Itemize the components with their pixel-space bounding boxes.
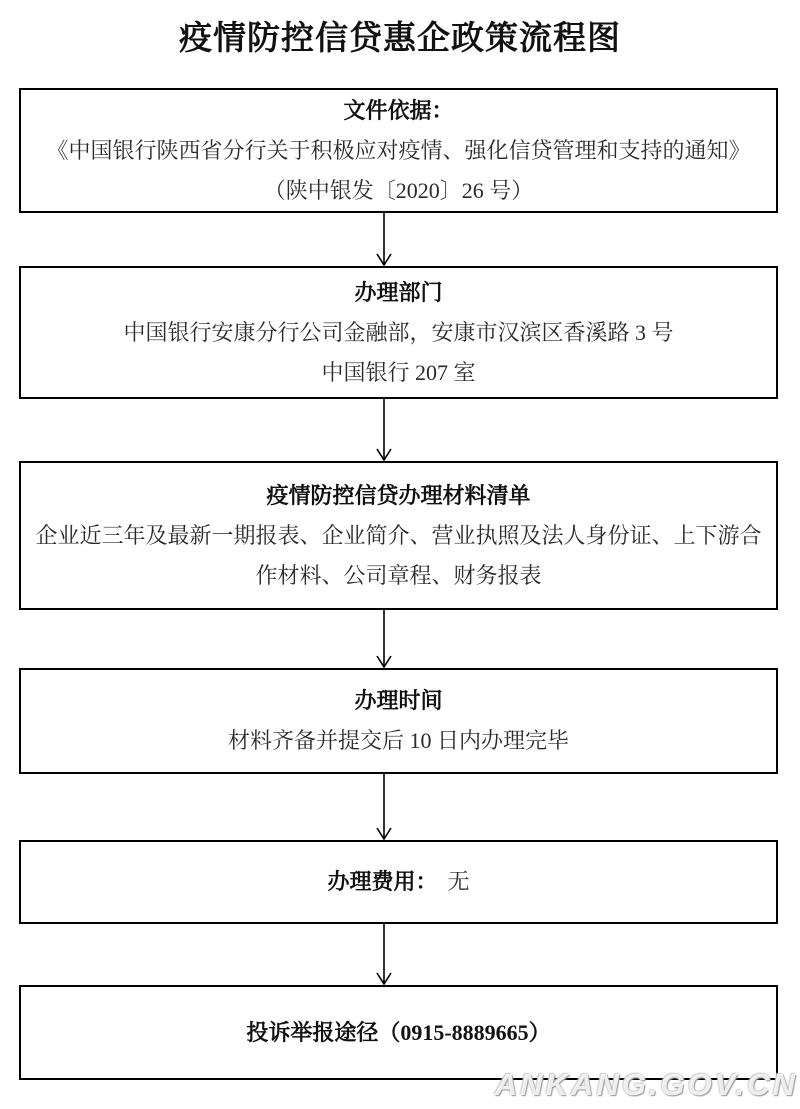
flowchart: 文件依据： 《中国银行陕西省分行关于积极应对疫情、强化信贷管理和支持的通知》（陕… <box>0 88 800 1080</box>
box-body-line: 中国银行 207 室 <box>321 353 475 393</box>
flow-arrow <box>0 610 800 668</box>
flow-box-department: 办理部门 中国银行安康分行公司金融部，安康市汉滨区香溪路 3 号 中国银行 20… <box>19 266 778 399</box>
flow-arrow <box>0 399 800 461</box>
box-body-line: 中国银行安康分行公司金融部，安康市汉滨区香溪路 3 号 <box>123 313 673 353</box>
flow-arrow <box>0 213 800 266</box>
flow-arrow <box>0 924 800 985</box>
box-body-line: 材料齐备并提交后 10 日内办理完毕 <box>228 721 569 761</box>
box-header: 办理时间 <box>354 681 442 721</box>
flow-box-processing-time: 办理时间 材料齐备并提交后 10 日内办理完毕 <box>19 668 778 774</box>
box-body-line: 《中国银行陕西省分行关于积极应对疫情、强化信贷管理和支持的通知》（陕中银发〔20… <box>31 131 766 211</box>
down-arrow-icon <box>372 924 396 985</box>
box-header: 投诉举报途径（0915-8889665） <box>246 1013 550 1053</box>
box-header: 办理费用： <box>327 862 437 902</box>
down-arrow-icon <box>372 774 396 840</box>
page-title: 疫情防控信贷惠企政策流程图 <box>0 0 800 88</box>
down-arrow-icon <box>372 399 396 461</box>
box-header: 文件依据： <box>343 91 453 131</box>
flow-box-complaint-channel: 投诉举报途径（0915-8889665） <box>19 985 778 1080</box>
box-fee-value: 无 <box>448 862 470 902</box>
flow-box-fee: 办理费用： 无 <box>19 840 778 924</box>
flow-arrow <box>0 774 800 840</box>
box-header: 疫情防控信贷办理材料清单 <box>266 476 530 516</box>
flowchart-page: 疫情防控信贷惠企政策流程图 文件依据： 《中国银行陕西省分行关于积极应对疫情、强… <box>0 0 800 1109</box>
box-fee-line: 办理费用： 无 <box>327 862 469 902</box>
box-body-line: 企业近三年及最新一期报表、企业简介、营业执照及法人身份证、上下游合作材料、公司章… <box>31 516 766 596</box>
box-header: 办理部门 <box>354 273 442 313</box>
flow-box-materials: 疫情防控信贷办理材料清单 企业近三年及最新一期报表、企业简介、营业执照及法人身份… <box>19 461 778 610</box>
watermark: ANKANG.GOV.CN <box>495 1067 798 1103</box>
down-arrow-icon <box>372 610 396 668</box>
down-arrow-icon <box>372 213 396 266</box>
flow-box-document-basis: 文件依据： 《中国银行陕西省分行关于积极应对疫情、强化信贷管理和支持的通知》（陕… <box>19 88 778 213</box>
